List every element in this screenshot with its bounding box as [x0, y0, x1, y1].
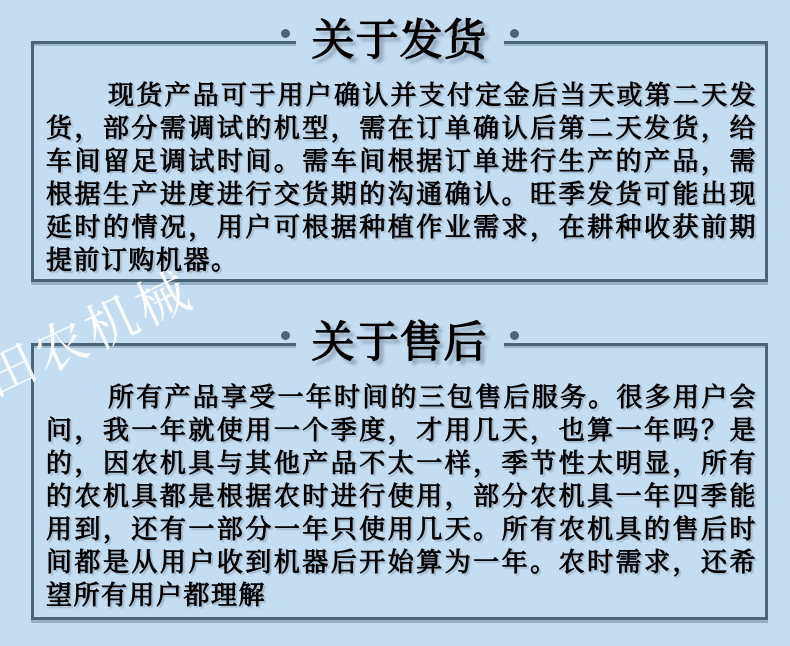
shipping-title-bar: 关于发货: [31, 16, 768, 66]
title-dot-right-icon: [510, 331, 519, 340]
aftersale-body-text: 所有产品享受一年时间的三包售后服务。很多用户会问，我一年就使用一个季度，才用几天…: [46, 382, 757, 613]
product-info-page: 关于发货 现货产品可于用户确认并支付定金后当天或第二天发货，部分需调试的机型，需…: [0, 0, 790, 646]
shipping-body-text: 现货产品可于用户确认并支付定金后当天或第二天发货，部分需调试的机型，需在订单确认…: [46, 80, 757, 278]
aftersale-title: 关于售后: [296, 318, 504, 368]
aftersale-text-box: 所有产品享受一年时间的三包售后服务。很多用户会问，我一年就使用一个季度，才用几天…: [31, 343, 768, 620]
title-dot-right-icon: [510, 29, 519, 38]
shipping-title: 关于发货: [296, 16, 504, 66]
shipping-text-box: 现货产品可于用户确认并支付定金后当天或第二天发货，部分需调试的机型，需在订单确认…: [31, 41, 768, 282]
title-dot-left-icon: [281, 331, 290, 340]
title-dot-left-icon: [281, 29, 290, 38]
section-aftersale-notice: 关于售后 所有产品享受一年时间的三包售后服务。很多用户会问，我一年就使用一个季度…: [31, 318, 768, 620]
section-shipping-notice: 关于发货 现货产品可于用户确认并支付定金后当天或第二天发货，部分需调试的机型，需…: [31, 16, 768, 282]
